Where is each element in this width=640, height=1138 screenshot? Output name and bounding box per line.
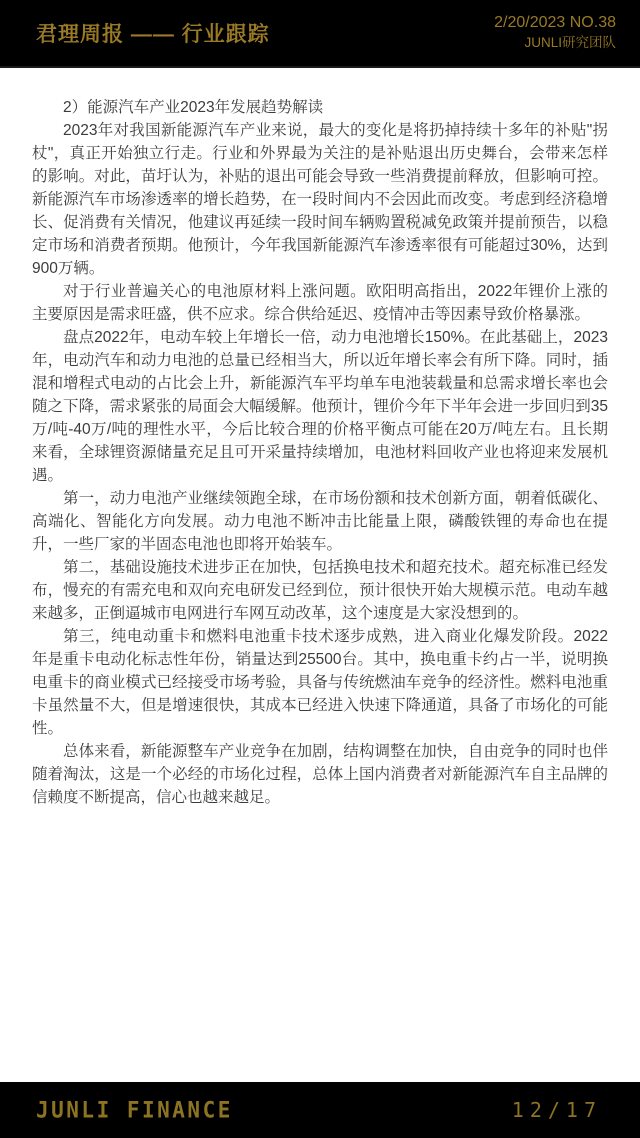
issue-date: 2/20/2023 NO.38 — [494, 13, 616, 33]
paragraph: 盘点2022年，电动车较上年增长一倍，动力电池增长150%。在此基础上，2023… — [32, 326, 608, 487]
page-header: 君理周报 —— 行业跟踪 2/20/2023 NO.38 JUNLI研究团队 — [0, 0, 640, 68]
paragraph: 第二，基础设施技术进步正在加快，包括换电技术和超充技术。超充标准已经发布，慢充的… — [32, 556, 608, 625]
header-meta: 2/20/2023 NO.38 JUNLI研究团队 — [494, 13, 616, 53]
paragraph: 总体来看，新能源整车产业竞争在加剧，结构调整在加快，自由竞争的同时也伴随着淘汰，… — [32, 740, 608, 809]
report-title: 君理周报 —— 行业跟踪 — [36, 18, 270, 48]
paragraph: 对于行业普遍关心的电池原材料上涨问题。欧阳明高指出，2022年锂价上涨的主要原因… — [32, 280, 608, 326]
article-body: 2）能源汽车产业2023年发展趋势解读 2023年对我国新能源汽车产业来说，最大… — [0, 68, 640, 809]
paragraph: 第三，纯电动重卡和燃料电池重卡技术逐步成熟，进入商业化爆发阶段。2022年是重卡… — [32, 625, 608, 740]
paragraph: 2023年对我国新能源汽车产业来说，最大的变化是将扔掉持续十多年的补贴"拐杖"，… — [32, 119, 608, 280]
paragraph: 第一，动力电池产业继续领跑全球，在市场份额和技术创新方面，朝着低碳化、高端化、智… — [32, 487, 608, 556]
page-number: 12/17 — [512, 1098, 602, 1122]
research-team: JUNLI研究团队 — [494, 33, 616, 53]
report-page: 君理周报 —— 行业跟踪 2/20/2023 NO.38 JUNLI研究团队 2… — [0, 0, 640, 1138]
section-heading: 2）能源汽车产业2023年发展趋势解读 — [32, 96, 608, 119]
brand-name: JUNLI FINANCE — [36, 1097, 233, 1122]
page-footer: JUNLI FINANCE 12/17 — [0, 1082, 640, 1138]
